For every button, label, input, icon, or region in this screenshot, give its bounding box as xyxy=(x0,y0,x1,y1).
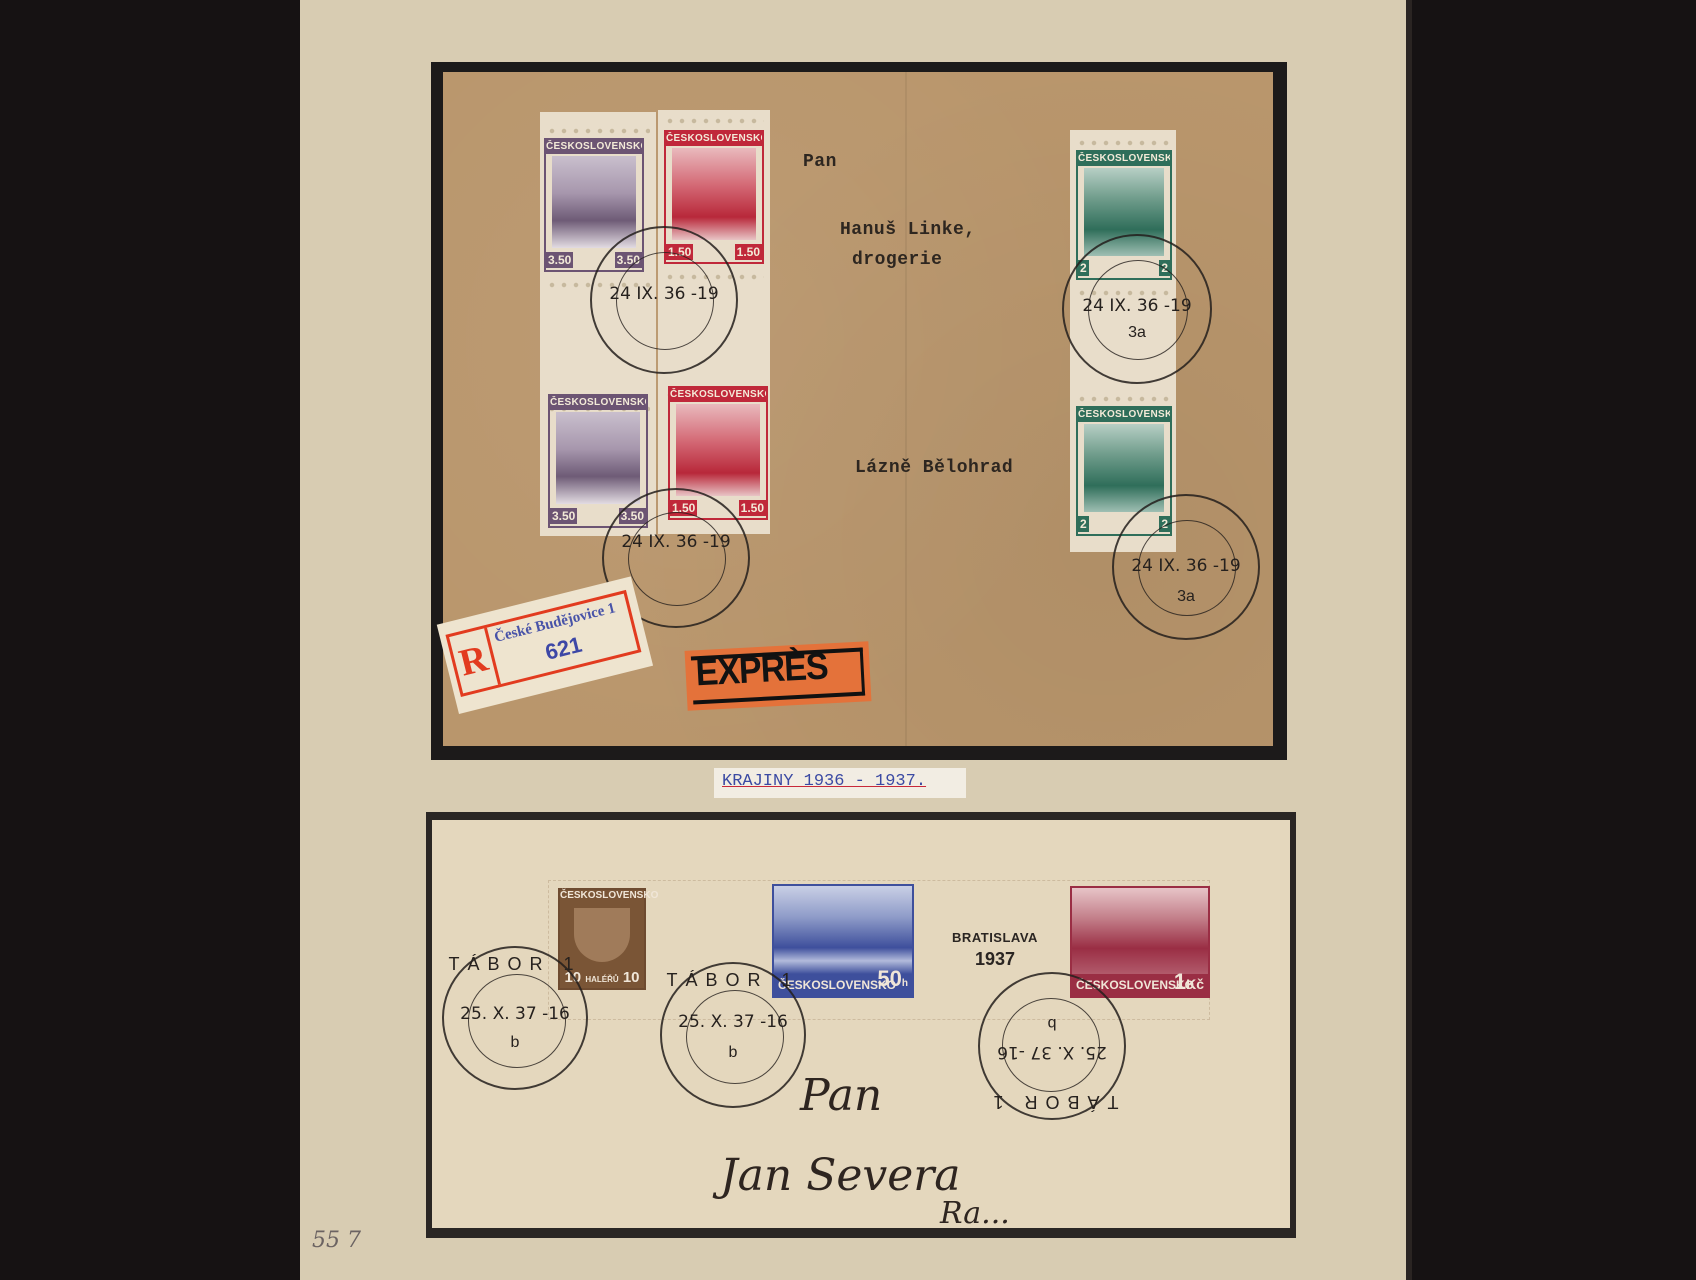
fold-line xyxy=(905,72,907,746)
postmark-4: 24 IX. 36 -19 3a xyxy=(1112,494,1260,640)
pencil-note: 55 7 xyxy=(312,1228,361,1253)
express-label: EXPRÈS xyxy=(685,641,872,711)
postmark-tabor-2: TÁBOR 1 25. X. 37 -16 b xyxy=(660,962,806,1108)
handwritten-town: Ra... xyxy=(940,1196,1010,1231)
handwritten-name: Jan Severa xyxy=(720,1150,961,1201)
address-town: Lázně Bělohrad xyxy=(855,458,1013,478)
address-salutation: Pan xyxy=(803,152,837,172)
registration-number: 621 xyxy=(543,632,585,666)
postmark-1: 24 IX. 36 -19 xyxy=(590,226,738,374)
stamp-bradlo: ČESKOSLOVENSKO 1Kč xyxy=(1070,886,1210,998)
postmark-tabor-3: TÁBOR 1 25. X. 37 -16 b xyxy=(978,972,1126,1120)
handwritten-salutation: Pan xyxy=(800,1070,882,1121)
postmark-tabor-1: TÁBOR 1 25. X. 37 -16 b xyxy=(442,946,588,1090)
postmark-2: 24 IX. 36 -19 3a xyxy=(1062,234,1212,384)
address-occupation: drogerie xyxy=(852,250,942,270)
address-name: Hanuš Linke, xyxy=(840,220,976,240)
souvenir-text: BRATISLAVA 1937 xyxy=(950,930,1040,970)
album-heading: KRAJINY 1936 - 1937. xyxy=(714,768,966,798)
registration-letter: R xyxy=(449,628,501,694)
